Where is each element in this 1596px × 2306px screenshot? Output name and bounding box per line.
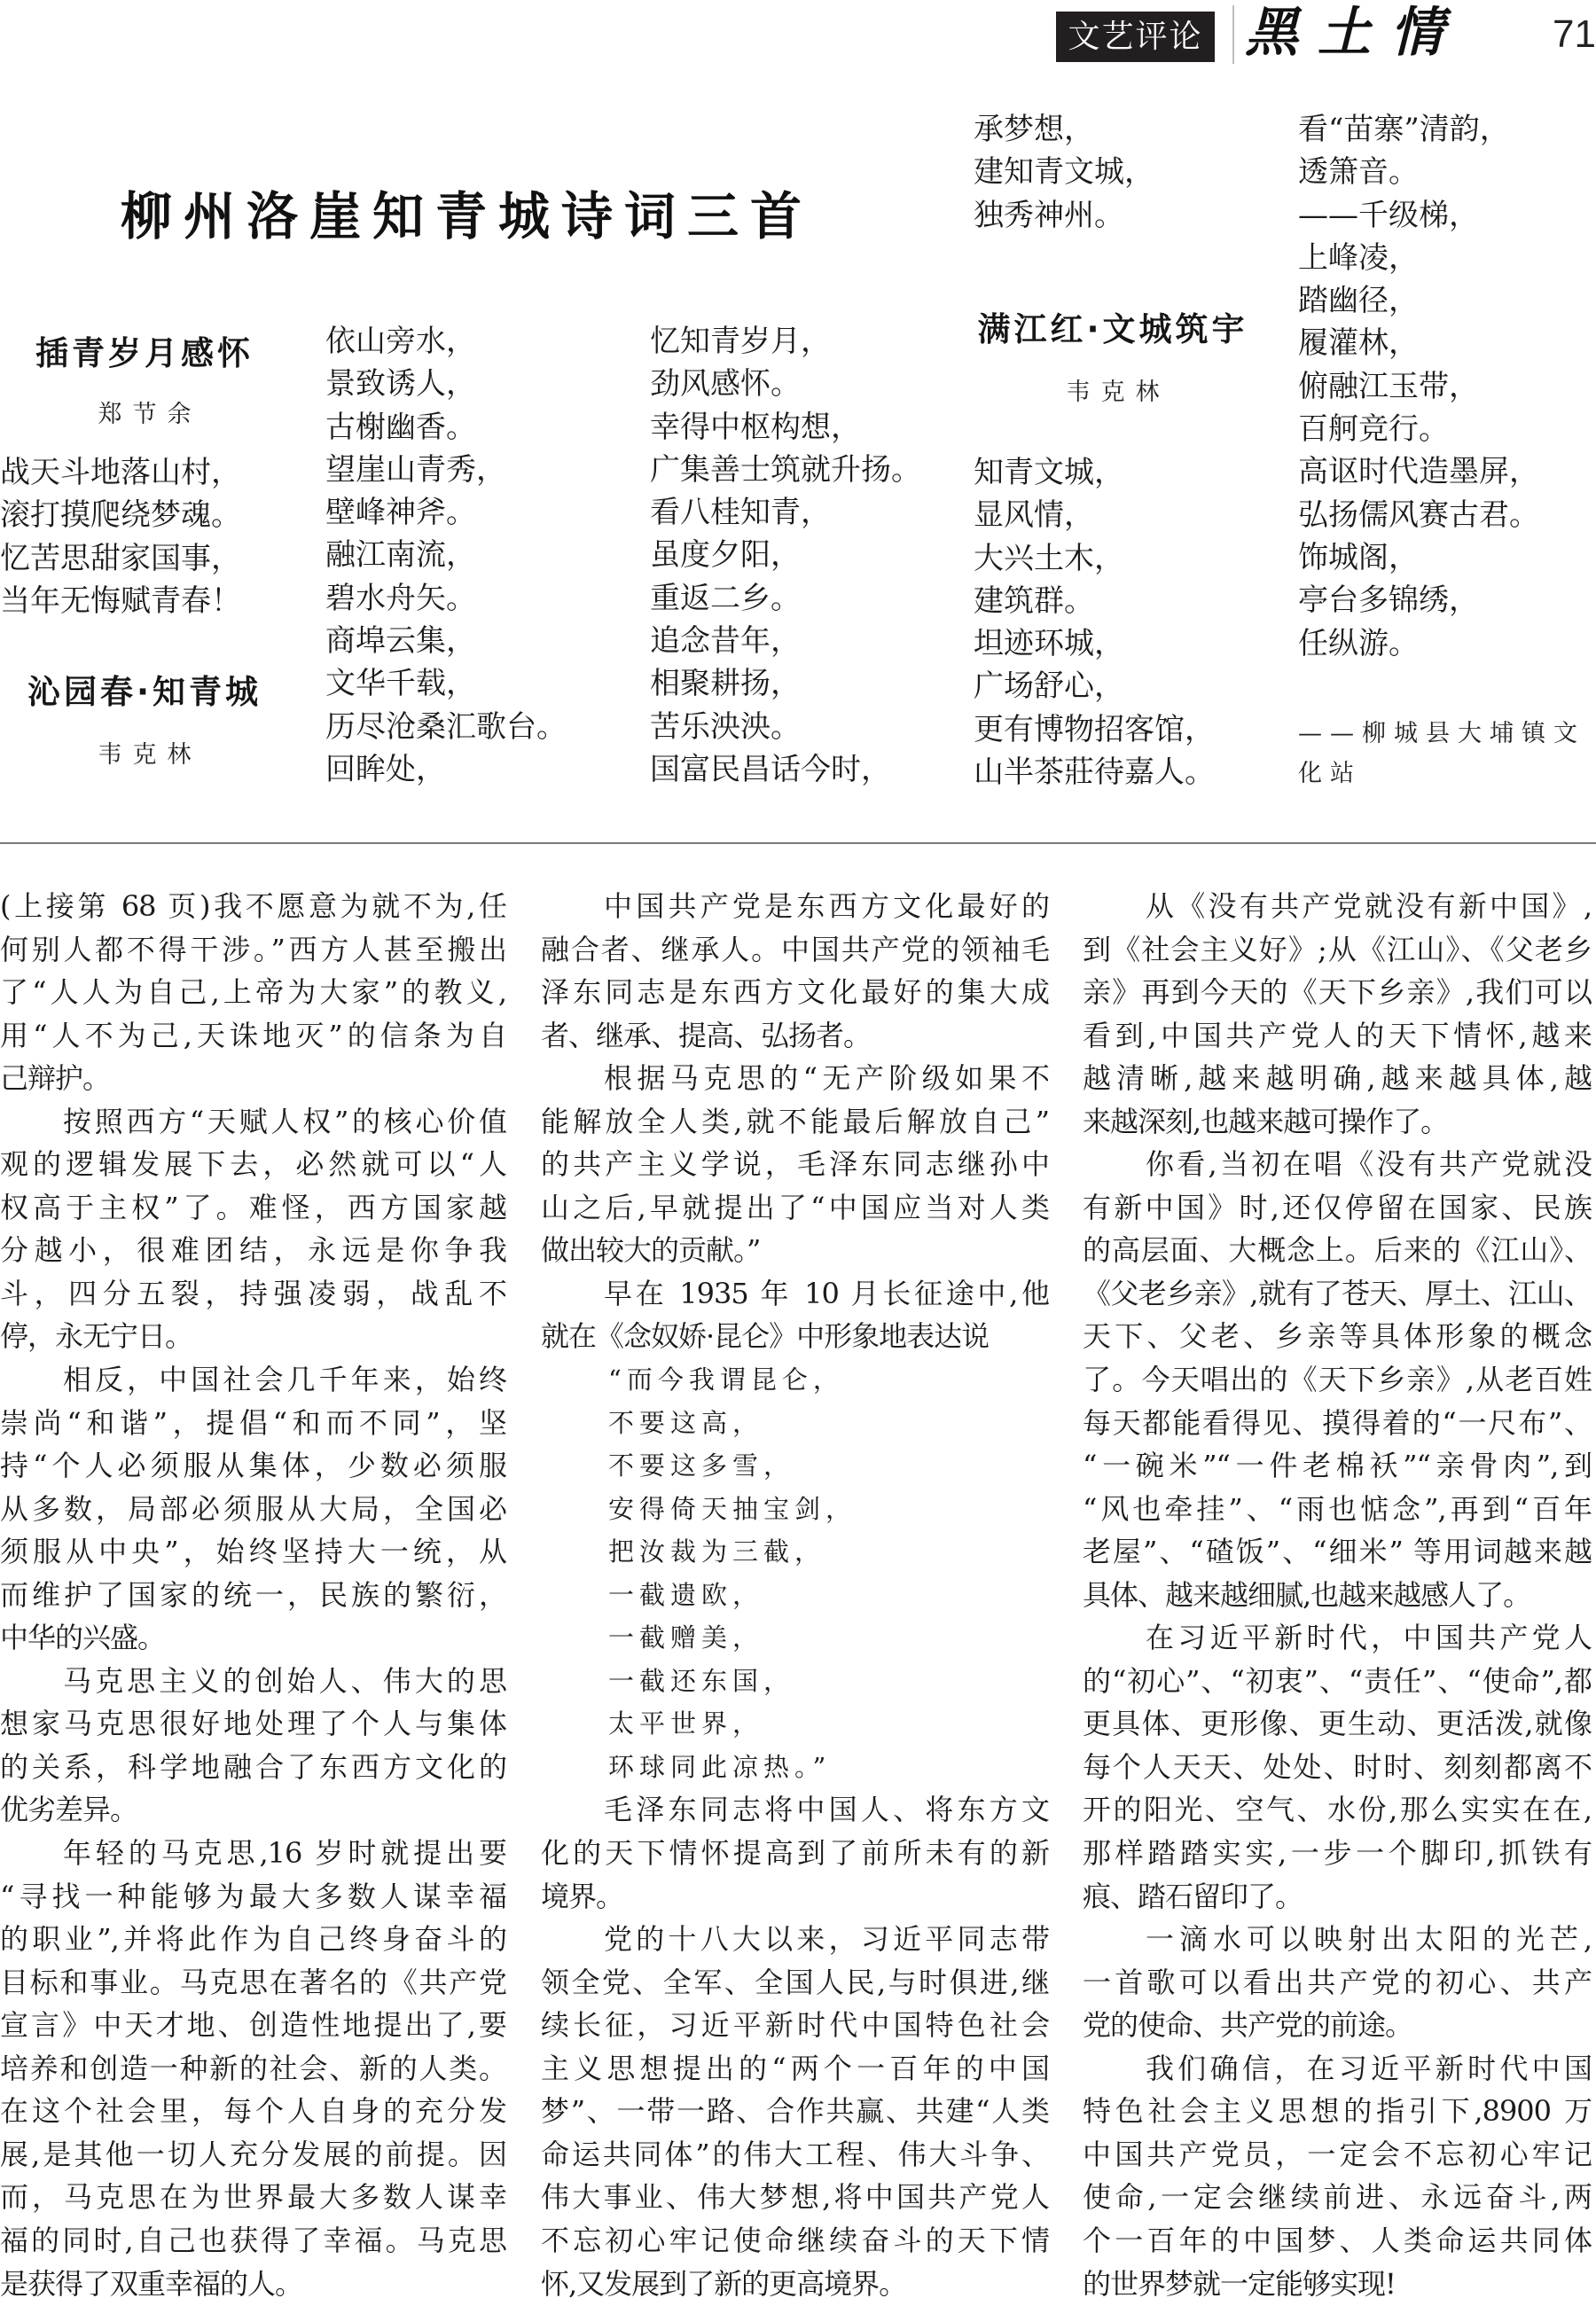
poem-line: 相聚耕扬，: [650, 662, 921, 705]
article-line: 融合者、继承人。中国共产党的领袖毛: [541, 928, 1049, 972]
article-column-3: 从《没有共产党就没有新中国》, 到《社会主义好》;从《江山》、《父老乡 亲》再到…: [1083, 885, 1592, 2305]
article-line: 中国共产党员，一定会不忘初心牢记: [1083, 2133, 1592, 2177]
poem-title: 沁园春·知青城: [0, 671, 289, 714]
magazine-name-logo: 黑土情: [1245, 0, 1484, 66]
poem-line: 透箫音。: [1298, 151, 1539, 193]
article-line: 目标和事业。马克思在著名的《共产党: [0, 1961, 506, 2005]
article-line: 党的十八大以来，习近平同志带: [541, 1918, 1049, 1961]
article-line: 的共产主义学说，毛泽东同志继孙中: [541, 1143, 1049, 1186]
poem-line: 广场舒心，: [974, 665, 1215, 707]
poem-line: 碧水舟矢。: [325, 577, 567, 620]
article-line: 早在 1935 年 10 月长征途中,他: [541, 1272, 1049, 1316]
poem-line: 幸得中枢构想，: [650, 406, 921, 449]
poem-line: 坦迹环城，: [974, 622, 1215, 665]
article-line: 天下、父老、乡亲等具体形象的概念: [1083, 1315, 1592, 1358]
article-line: 马克思主义的创始人、伟大的思: [0, 1660, 506, 1703]
article-line: 从《没有共产党就没有新中国》,: [1083, 885, 1592, 928]
poem-line: 苦乐泱泱。: [650, 706, 921, 748]
poem-line: 劲风感怀。: [650, 363, 921, 405]
article-line: 优劣差异。: [0, 1788, 506, 1832]
article-line: 境界。: [541, 1875, 1049, 1919]
poem-line: 虽度夕阳，: [650, 534, 921, 576]
article-line: 的高层面、大概念上。后来的《江山》、: [1083, 1229, 1592, 1272]
article-line: 山之后,早就提出了“中国应当对人类: [541, 1186, 1049, 1230]
magazine-page: 文艺评论 黑土情 71 柳州洛崖知青城诗词三首 插青岁月感怀 郑节余 战天斗地落…: [0, 0, 1596, 2306]
article-line: 做出较大的贡献。”: [541, 1229, 1049, 1272]
poem-line: 看八桂知青，: [650, 491, 921, 534]
poem-line: 历尽沧桑汇歌台。: [325, 706, 567, 748]
poem-author: 郑节余: [0, 397, 289, 433]
article-line: 福的同时,自己也获得了幸福。马克思: [0, 2219, 506, 2263]
article-line: 痕、踏石留印了。: [1083, 1875, 1592, 1919]
poem-line: 景致诱人，: [325, 363, 567, 405]
article-line: 每个人天天、处处、时时、刻刻都离不: [1083, 1746, 1592, 1789]
article-line: 党的使命、共产党的前途。: [1083, 2004, 1592, 2047]
article-line: 有新中国》时,还仅停留在国家、民族: [1083, 1186, 1592, 1230]
poem-line: 战天斗地落山村，: [0, 451, 241, 494]
article-line: 展,是其他一切人充分发展的前提。因: [0, 2133, 506, 2177]
article-line: 了。今天唱出的《天下乡亲》,从老百姓: [1083, 1358, 1592, 1402]
poem-line: 建筑群。: [974, 580, 1215, 622]
article-line: 的职业”,并将此作为自己终身奋斗的: [0, 1918, 506, 1961]
article-line: 泽东同志是东西方文化最好的集大成: [541, 971, 1049, 1014]
poem-line: 亭台多锦绣，: [1298, 579, 1539, 621]
quoted-verse-line: 一截赠美，: [541, 1616, 1049, 1660]
article-line: 从多数，局部必须服从大局，全国必: [0, 1488, 506, 1531]
article-line: 越清晰,越来越明确,越来越具体,越: [1083, 1057, 1592, 1100]
source-line: ——柳城县大埔镇文: [1298, 714, 1596, 754]
poem-line: 重返二乡。: [650, 577, 921, 620]
article-line: “风也牵挂”、“雨也惦念”,再到“百年: [1083, 1488, 1592, 1531]
poem-body: 承梦想， 建知青文城， 独秀神州。: [974, 108, 1154, 237]
poem-line: 踏幽径，: [1298, 279, 1539, 322]
poem-line: 文华千载，: [325, 662, 567, 705]
page-number: 71: [1553, 12, 1596, 57]
section-label: 文艺评论: [1056, 12, 1215, 62]
poem-line: 望崖山青秀，: [325, 449, 567, 491]
article-line: 主义思想提出的“两个一百年的中国: [541, 2047, 1049, 2091]
article-line: 年轻的马克思,16 岁时就提出要: [0, 1832, 506, 1875]
poem-line: 饰城阁，: [1298, 536, 1539, 579]
poem-body: 依山旁水， 景致诱人， 古榭幽香。 望崖山青秀， 壁峰神斧。 融江南流， 碧水舟…: [325, 320, 567, 791]
article-line: “一碗米”“一件老棉袄”“亲骨肉”,到: [1083, 1444, 1592, 1488]
quoted-verse-line: 一截遗欧，: [541, 1574, 1049, 1617]
quoted-verse-line: 把汝裁为三截，: [541, 1530, 1049, 1574]
article-line: 中华的兴盛。: [0, 1616, 506, 1660]
quoted-verse-line: 安得倚天抽宝剑，: [541, 1488, 1049, 1531]
poem-line: 山半茶莊待嘉人。: [974, 751, 1215, 793]
article-line: 不忘初心牢记使命继续奋斗的天下情: [541, 2219, 1049, 2263]
poem-line: 壁峰神斧。: [325, 491, 567, 534]
article-line: 我们确信，在习近平新时代中国: [1083, 2047, 1592, 2091]
article-line: 培养和创造一种新的社会、新的人类。: [0, 2047, 506, 2091]
article-line: 按照西方“天赋人权”的核心价值: [0, 1100, 506, 1144]
article-line: 老屋”、“碴饭”、“细米” 等用词越来越: [1083, 1530, 1592, 1574]
article-line: 一滴水可以映射出太阳的光芒,: [1083, 1918, 1592, 1961]
article-line: 一首歌可以看出共产党的初心、共产: [1083, 1961, 1592, 2005]
article-line: 中国共产党是东西方文化最好的: [541, 885, 1049, 928]
poem-line: 俯融江玉带，: [1298, 365, 1539, 408]
section-divider: [0, 842, 1596, 844]
article-line: 须服从中央”，始终坚持大一统，从: [0, 1530, 506, 1574]
poem-line: 广集善士筑就升扬。: [650, 449, 921, 491]
poem-body: 看“苗寨”清韵， 透箫音。 ——千级梯， 上峰凌， 踏幽径， 履灌林， 俯融江玉…: [1298, 108, 1539, 665]
article-line: 梦”、一带一路、合作共赢、共建“人类: [541, 2090, 1049, 2133]
article-line: 特色社会主义思想的指引下,8900 万: [1083, 2090, 1592, 2133]
article-line: 观的逻辑发展下去，必然就可以“人: [0, 1143, 506, 1186]
quoted-verse-line: 不要这高，: [541, 1402, 1049, 1445]
poem-line: 国富民昌话今时，: [650, 748, 921, 791]
article-line: 使命,一定会继续前进、永远奋斗,两: [1083, 2176, 1592, 2219]
article-line: “寻找一种能够为最大多数人谋幸福: [0, 1875, 506, 1919]
quoted-verse-line: 一截还东国，: [541, 1660, 1049, 1703]
poem-line: 百舸竞行。: [1298, 408, 1539, 450]
poem-line: 大兴土木，: [974, 537, 1215, 580]
article-line: 每天都能看得见、摸得着的“一尺布”、: [1083, 1402, 1592, 1445]
article-line: 想家马克思很好地处理了个人与集体: [0, 1702, 506, 1746]
poem-line: 看“苗寨”清韵，: [1298, 108, 1539, 151]
poem-line: 弘扬儒风赛古君。: [1298, 494, 1539, 536]
poem-line: 当年无悔赋青春！: [0, 580, 241, 622]
article-line: 看到,中国共产党人的天下情怀,越来: [1083, 1014, 1592, 1058]
poem-line: 承梦想，: [974, 108, 1154, 151]
poem-line: 回眸处，: [325, 748, 567, 791]
poem-line: 商埠云集，: [325, 620, 567, 662]
article-line: 在习近平新时代，中国共产党人: [1083, 1616, 1592, 1660]
article-line: 持“个人必须服从集体，少数必须服: [0, 1444, 506, 1488]
header-divider: [1232, 5, 1234, 64]
article-line: 能解放全人类,就不能最后解放自己”: [541, 1100, 1049, 1144]
article-line: 开的阳光、空气、水份,那么实实在在,: [1083, 1788, 1592, 1832]
article-line: 是获得了双重幸福的人。: [0, 2263, 506, 2306]
article-line: 个一百年的中国梦、人类命运共同体: [1083, 2219, 1592, 2263]
poem-body: 忆知青岁月， 劲风感怀。 幸得中枢构想， 广集善士筑就升扬。 看八桂知青， 虽度…: [650, 320, 921, 791]
quoted-verse-line: 不要这多雪，: [541, 1444, 1049, 1488]
article-line: 《父老乡亲》,就有了苍天、厚土、江山、: [1083, 1272, 1592, 1316]
poem-body: 知青文城， 显风情， 大兴土木， 建筑群。 坦迹环城， 广场舒心， 更有博物招客…: [974, 451, 1215, 793]
article-line: 续长征，习近平新时代中国特色社会: [541, 2004, 1049, 2047]
quoted-verse-line: 环球同此凉热。”: [541, 1746, 1049, 1789]
poem-title: 满江红·文城筑宇: [974, 309, 1252, 351]
article-line: 具体、越来越细腻,也越来越感人了。: [1083, 1574, 1592, 1617]
article-line: 己辩护。: [0, 1057, 506, 1100]
article-line: 权高于主权”了。难怪，西方国家越: [0, 1186, 506, 1230]
poem-line: 上峰凌，: [1298, 237, 1539, 279]
article-line: 到《社会主义好》;从《江山》、《父老乡: [1083, 928, 1592, 972]
article-line: 伟大事业、伟大梦想,将中国共产党人: [541, 2176, 1049, 2219]
article-line: 的关系，科学地融合了东西方文化的: [0, 1746, 506, 1789]
article-line: 毛泽东同志将中国人、将东方文: [541, 1788, 1049, 1832]
source-line: 化站: [1298, 754, 1596, 793]
article-line: 化的天下情怀提高到了前所未有的新: [541, 1832, 1049, 1875]
article-line: 何别人都不得干涉。”西方人甚至搬出: [0, 928, 506, 972]
article-line: 斗，四分五裂，持强凌弱，战乱不: [0, 1272, 506, 1316]
article-line: 来越深刻,也越来越可操作了。: [1083, 1100, 1592, 1144]
quoted-verse-line: 太平世界，: [541, 1702, 1049, 1746]
article-line: 分越小，很难团结，永远是你争我: [0, 1229, 506, 1272]
poem-body: 战天斗地落山村， 滚打摸爬绕梦魂。 忆苦思甜家国事， 当年无悔赋青春！: [0, 451, 241, 622]
poem-line: 履灌林，: [1298, 322, 1539, 364]
article-line: 怀,又发展到了新的更高境界。: [541, 2263, 1049, 2306]
poem-line: 依山旁水，: [325, 320, 567, 363]
poem-line: 追念昔年，: [650, 620, 921, 662]
poem-line: 高讴时代造墨屏，: [1298, 450, 1539, 493]
poem-author: 韦克林: [0, 738, 289, 773]
article-line: 更具体、更形像、更生动、更活泼,就像: [1083, 1702, 1592, 1746]
article-line: 根据马克思的“无产阶级如果不: [541, 1057, 1049, 1100]
poem-line: 显风情，: [974, 494, 1215, 536]
poem-line: 融江南流，: [325, 534, 567, 576]
article-line: (上接第 68 页)我不愿意为就不为,任: [0, 885, 506, 928]
article-line: 命运共同体”的伟大工程、伟大斗争、: [541, 2133, 1049, 2177]
poem-line: 独秀神州。: [974, 194, 1154, 237]
article-line: 而维护了国家的统一，民族的繁衍，: [0, 1574, 506, 1617]
poem-line: 忆苦思甜家国事，: [0, 537, 241, 580]
article-line: 者、继承、提高、弘扬者。: [541, 1014, 1049, 1058]
article-line: 就在《念奴娇·昆仑》中形象地表达说: [541, 1315, 1049, 1358]
article-line: 的世界梦就一定能够实现!: [1083, 2263, 1592, 2306]
poem-source-credit: ——柳城县大埔镇文 化站: [1298, 714, 1596, 793]
article-line: 崇尚“和谐”，提倡“和而不同”，坚: [0, 1402, 506, 1445]
poem-title: 插青岁月感怀: [0, 332, 289, 375]
article-line: 了“人人为自己,上帝为大家”的教义,: [0, 971, 506, 1014]
article-column-1: (上接第 68 页)我不愿意为就不为,任 何别人都不得干涉。”西方人甚至搬出 了…: [0, 885, 506, 2305]
article-line: 宣言》中天才地、创造性地提出了,要: [0, 2004, 506, 2047]
poem-line: 滚打摸爬绕梦魂。: [0, 494, 241, 536]
poem-line: 更有博物招客馆，: [974, 708, 1215, 751]
article-line: 的“初心”、“初衷”、“责任”、“使命”,都: [1083, 1660, 1592, 1703]
poem-line: 任纵游。: [1298, 622, 1539, 665]
article-line: 相反，中国社会几千年来，始终: [0, 1358, 506, 1402]
article-line: 停，永无宁日。: [0, 1315, 506, 1358]
poem-line: 忆知青岁月，: [650, 320, 921, 363]
poem-author: 韦克林: [974, 375, 1252, 410]
article-line: 领全党、全军、全国人民,与时俱进,继: [541, 1961, 1049, 2005]
article-line: 你看,当初在唱《没有共产党就没: [1083, 1143, 1592, 1186]
article-line: 而，马克思在为世界最大多数人谋幸: [0, 2176, 506, 2219]
poem-collection-title: 柳州洛崖知青城诗词三首: [121, 184, 830, 248]
poem-line: 知青文城，: [974, 451, 1215, 494]
article-column-2: 中国共产党是东西方文化最好的 融合者、继承人。中国共产党的领袖毛 泽东同志是东西…: [541, 885, 1049, 2305]
poem-line: 古榭幽香。: [325, 406, 567, 449]
quoted-verse-line: “而今我谓昆仑，: [541, 1358, 1049, 1402]
poem-line: ——千级梯，: [1298, 194, 1539, 237]
poem-line: 建知青文城，: [974, 151, 1154, 193]
article-line: 那样踏踏实实,一步一个脚印,抓铁有: [1083, 1832, 1592, 1875]
article-line: 用“人不为己,天诛地灭”的信条为自: [0, 1014, 506, 1058]
article-line: 在这个社会里，每个人自身的充分发: [0, 2090, 506, 2133]
article-line: 亲》再到今天的《天下乡亲》,我们可以: [1083, 971, 1592, 1014]
